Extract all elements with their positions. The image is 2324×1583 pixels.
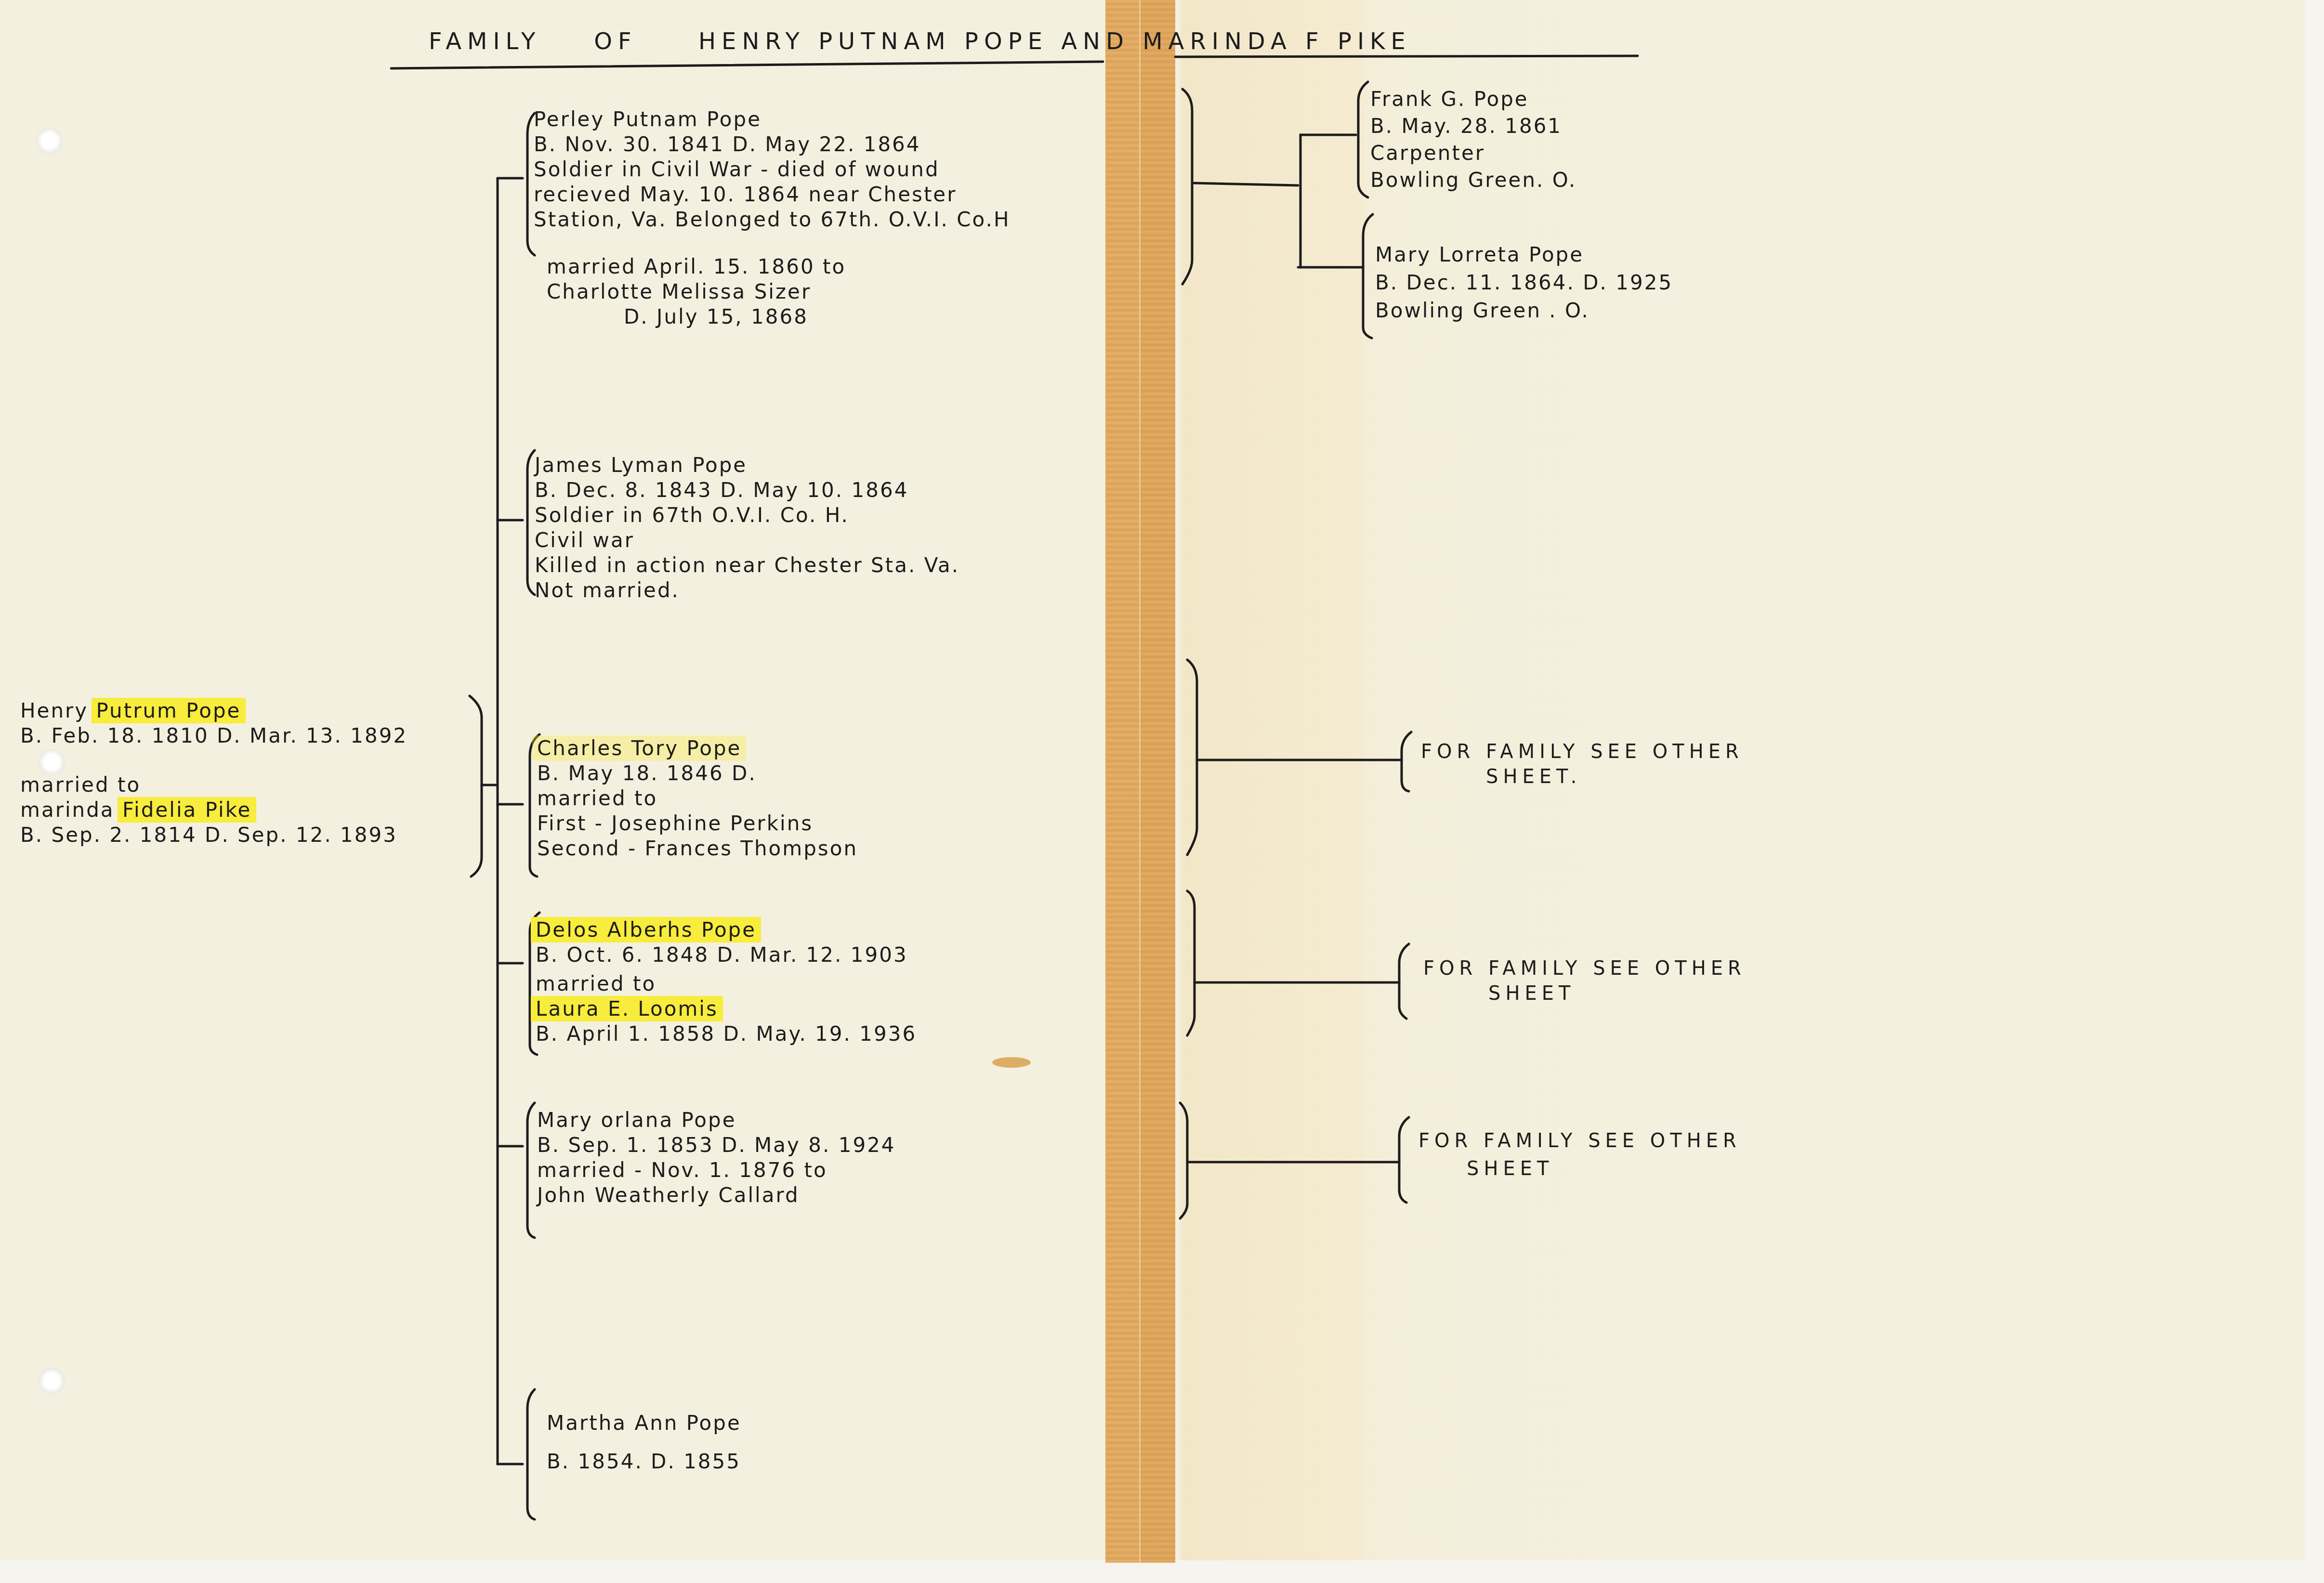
father-first-name: Henry <box>20 699 88 722</box>
title-underline-right <box>1175 56 1638 57</box>
grandchild-dates: B. May. 28. 1861 <box>1370 113 1576 140</box>
spouse-name-highlighted: Laura E. Loomis <box>531 996 723 1021</box>
child-note: Killed in action near Chester Sta. Va. <box>535 553 959 578</box>
child-dates: B. Oct. 6. 1848 D. Mar. 12. 1903 <box>536 942 917 968</box>
page-title: Familyof Henry Putnam Pope and Marinda F… <box>429 29 1411 54</box>
child-note: Second - Frances Thompson <box>537 836 858 861</box>
spouse-dates: B. April 1. 1858 D. May. 19. 1936 <box>536 1021 917 1047</box>
grandchild-name: Frank G. Pope <box>1370 86 1576 113</box>
note-line: sheet <box>1418 1155 1741 1183</box>
child-note: Soldier in 67th O.V.I. Co. H. <box>535 503 959 528</box>
mother-first-name: marinda <box>20 798 115 822</box>
grandchild-occupation: Carpenter <box>1370 140 1576 167</box>
child-note: married to <box>537 786 858 811</box>
note-line: For Family see other <box>1423 956 1746 981</box>
grandchild-name: Mary Lorreta Pope <box>1375 241 1673 269</box>
note-line: sheet <box>1423 981 1746 1006</box>
child-dates: B. Nov. 30. 1841 D. May 22. 1864 <box>534 132 1011 157</box>
spouse-name: Charlotte Melissa Sizer <box>547 279 846 304</box>
father-dates: B. Feb. 18. 1810 D. Mar. 13. 1892 <box>20 723 407 748</box>
child-note: married - Nov. 1. 1876 to <box>537 1158 896 1183</box>
child-note: recieved May. 10. 1864 near Chester <box>534 182 1011 207</box>
child-martha: Martha Ann Pope B. 1854. D. 1855 <box>547 1404 741 1481</box>
note-line: For Family see other <box>1421 739 1744 764</box>
child-note: Station, Va. Belonged to 67th. O.V.I. Co… <box>534 207 1011 232</box>
child-dates: B. Dec. 8. 1843 D. May 10. 1864 <box>535 478 959 503</box>
mother-dates: B. Sep. 2. 1814 D. Sep. 12. 1893 <box>20 823 407 848</box>
child-name: Mary orlana Pope <box>537 1108 896 1133</box>
grandchild-mary-lorreta: Mary Lorreta Pope B. Dec. 11. 1864. D. 1… <box>1375 241 1673 325</box>
child-note: Not married. <box>535 578 959 603</box>
child-name-highlighted: Charles Tory Pope <box>532 735 746 761</box>
child-dates: B. May 18. 1846 D. <box>537 761 858 786</box>
title-word-of: of <box>594 28 637 55</box>
child-note: Soldier in Civil War - died of wound <box>534 157 1011 182</box>
child-name: Perley Putnam Pope <box>534 107 1011 132</box>
father-surname-highlighted: Putrum Pope <box>92 698 246 723</box>
spouse-death: D. July 15, 1868 <box>547 304 846 329</box>
see-other-sheet-mary: For Family see other sheet <box>1418 1127 1741 1183</box>
parents-bracket <box>470 696 482 877</box>
child-name: James Lyman Pope <box>535 453 959 478</box>
parents-block: Henry Putrum Pope B. Feb. 18. 1810 D. Ma… <box>20 698 407 848</box>
child-mary-orlana: Mary orlana Pope B. Sep. 1. 1853 D. May … <box>537 1108 896 1208</box>
grandchild-residence: Bowling Green. O. <box>1370 167 1576 194</box>
child-name: Martha Ann Pope <box>547 1404 741 1442</box>
child-james: James Lyman Pope B. Dec. 8. 1843 D. May … <box>535 453 959 603</box>
title-wife: Marinda F Pike <box>1142 28 1411 55</box>
child-perley-marriage: married April. 15. 1860 to Charlotte Mel… <box>547 254 846 329</box>
grandchild-residence: Bowling Green . O. <box>1375 297 1673 325</box>
title-word-family: Family <box>429 28 541 55</box>
grandchild-frank: Frank G. Pope B. May. 28. 1861 Carpenter… <box>1370 86 1576 194</box>
child-delos: Delos Alberhs Pope B. Oct. 6. 1848 D. Ma… <box>536 917 917 1047</box>
note-line: sheet. <box>1421 764 1744 789</box>
child-charles: Charles Tory Pope B. May 18. 1846 D. mar… <box>537 736 858 861</box>
title-husband: Henry Putnam Pope and <box>698 28 1129 55</box>
see-other-sheet-charles: For Family see other sheet. <box>1421 739 1744 789</box>
child-note: Civil war <box>535 528 959 553</box>
child-name-highlighted: Delos Alberhs Pope <box>531 917 761 942</box>
grandchild-dates: B. Dec. 11. 1864. D. 1925 <box>1375 269 1673 297</box>
child-dates: B. 1854. D. 1855 <box>547 1442 741 1481</box>
married-label: married to <box>20 772 407 798</box>
note-line: For Family see other <box>1418 1127 1741 1155</box>
child-note: First - Josephine Perkins <box>537 811 858 836</box>
child-perley: Perley Putnam Pope B. Nov. 30. 1841 D. M… <box>534 107 1011 232</box>
spouse-name: John Weatherly Callard <box>537 1183 896 1208</box>
see-other-sheet-delos: For Family see other sheet <box>1423 956 1746 1006</box>
marriage-line: married April. 15. 1860 to <box>547 254 846 279</box>
child-dates: B. Sep. 1. 1853 D. May 8. 1924 <box>537 1133 896 1158</box>
title-underline-left <box>391 62 1103 68</box>
child-note: married to <box>536 971 917 996</box>
mother-surname-highlighted: Fidelia Pike <box>118 797 256 823</box>
